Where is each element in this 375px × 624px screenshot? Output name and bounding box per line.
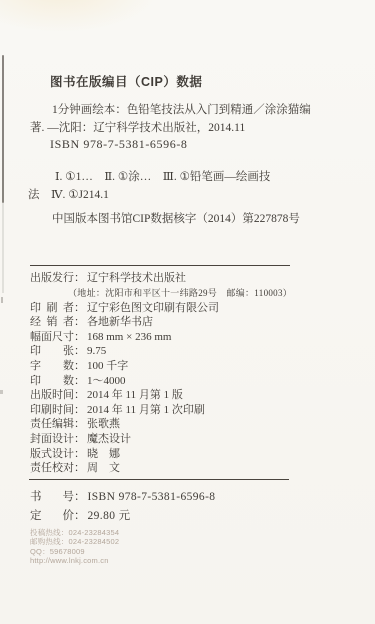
row-value: 168 mm × 236 mm <box>87 331 171 343</box>
colophon-row-cover-design: 封面设计：魔杰设计 <box>30 432 292 447</box>
colophon-row-print-date: 印刷时间：2014 年 11 月第 1 次印刷 <box>30 403 292 418</box>
cip-classification-line-2: 法 Ⅳ. ①J214.1 <box>28 186 109 202</box>
row-label: 责任编辑 <box>30 417 74 432</box>
label-colon: ： <box>74 417 85 432</box>
row-label: 出版发行 <box>30 271 74 286</box>
publisher-contact-block: 投稿热线：024-23284354 邮购热线：024-23284502 QQ：5… <box>30 528 119 565</box>
row-label: 责任校对 <box>30 461 74 476</box>
colophon-row-distributor: 经销者：各地新华书店 <box>30 315 292 330</box>
scanned-copyright-page: 图书在版编目（CIP）数据 1分钟画绘本：色铅笔技法从入门到精通／涂涂猫编 著.… <box>0 0 375 624</box>
label-colon: ： <box>74 461 85 476</box>
scan-edge-artifact-faint <box>2 203 4 293</box>
cip-classification-line-1: Ⅰ. ①1… Ⅱ. ①涂… Ⅲ. ①铅笔画—绘画技 <box>55 168 270 184</box>
cip-registry-number-line: 中国版本图书馆CIP数据核字（2014）第227878号 <box>52 210 300 226</box>
row-label: 封面设计 <box>30 432 74 447</box>
contact-website-url: http://www.lnkj.com.cn <box>30 556 119 565</box>
contact-submission-hotline: 投稿热线：024-23284354 <box>30 528 119 537</box>
label-colon: ： <box>74 507 86 526</box>
label-colon: ： <box>74 330 85 345</box>
row-label: 出版时间 <box>30 388 74 403</box>
row-value: 周 文 <box>87 462 120 474</box>
row-label: 书号 <box>30 488 74 507</box>
label-colon: ： <box>74 315 85 330</box>
row-label: 印数 <box>30 374 74 389</box>
colophon-row-proofreader: 责任校对：周 文 <box>30 461 292 476</box>
colophon-row-trim-size: 幅面尺寸：168 mm × 236 mm <box>30 330 292 345</box>
row-value: 晓 娜 <box>87 448 120 460</box>
label-colon: ： <box>74 301 85 316</box>
label-colon: ： <box>74 447 85 462</box>
row-value: 辽宁彩色图文印刷有限公司 <box>87 302 219 314</box>
row-label: 经销者 <box>30 315 74 330</box>
row-value: 9.75 <box>87 345 106 357</box>
label-colon: ： <box>74 403 85 418</box>
colophon-row-editor: 责任编辑：张歌燕 <box>30 417 292 432</box>
scan-speck <box>1 297 3 303</box>
scan-speck <box>0 390 3 394</box>
row-value: 辽宁科学技术出版社 <box>87 272 186 284</box>
colophon-row-word-count: 字数：100 千字 <box>30 359 292 374</box>
contact-qq: QQ：59678009 <box>30 547 119 556</box>
cip-isbn-line: ISBN 978-7-5381-6596-8 <box>50 137 188 152</box>
colophon-row-sheets: 印张：9.75 <box>30 344 292 359</box>
label-colon: ： <box>74 344 85 359</box>
row-value: 2014 年 11 月第 1 次印刷 <box>87 404 205 416</box>
colophon-row-layout-design: 版式设计：晓 娜 <box>30 447 292 462</box>
label-colon: ： <box>74 374 85 389</box>
publisher-address-note: （地址：沈阳市和平区十一纬路29号 邮编：110003） <box>30 286 292 301</box>
label-colon: ： <box>74 359 85 374</box>
row-value: 1～4000 <box>87 375 126 387</box>
cip-heading: 图书在版编目（CIP）数据 <box>50 72 202 90</box>
label-colon: ： <box>74 432 85 447</box>
row-label: 字数 <box>30 359 74 374</box>
row-label: 版式设计 <box>30 447 74 462</box>
colophon-row-publisher: 出版发行：辽宁科学技术出版社 <box>30 271 292 286</box>
row-label: 幅面尺寸 <box>30 330 74 345</box>
book-number-row: 书号：ISBN 978-7-5381-6596-8 <box>30 488 215 507</box>
price-row: 定价：29.80 元 <box>30 507 215 526</box>
colophon-block: 出版发行：辽宁科学技术出版社 （地址：沈阳市和平区十一纬路29号 邮编：1100… <box>30 271 292 476</box>
divider-rule-bottom <box>29 479 289 480</box>
cip-author-publisher-line: 著. —沈阳：辽宁科学技术出版社，2014.11 <box>30 119 245 135</box>
row-label: 定价 <box>30 507 74 526</box>
label-colon: ： <box>74 488 86 507</box>
row-value: 29.80 元 <box>88 510 131 522</box>
label-colon: ： <box>74 271 85 286</box>
colophon-row-print-run: 印数：1～4000 <box>30 374 292 389</box>
row-value: 2014 年 11 月第 1 版 <box>87 389 183 401</box>
row-value: 魔杰设计 <box>87 433 131 445</box>
divider-rule-top <box>30 265 290 266</box>
scan-edge-artifact <box>2 55 4 203</box>
colophon-row-publish-date: 出版时间：2014 年 11 月第 1 版 <box>30 388 292 403</box>
row-value: 张歌燕 <box>87 418 120 430</box>
cip-title-line: 1分钟画绘本：色铅笔技法从入门到精通／涂涂猫编 <box>52 101 311 117</box>
colophon-row-printer: 印刷者：辽宁彩色图文印刷有限公司 <box>30 301 292 316</box>
row-label: 印刷时间 <box>30 403 74 418</box>
row-value: 各地新华书店 <box>87 316 153 328</box>
row-value: 100 千字 <box>87 360 128 372</box>
label-colon: ： <box>74 388 85 403</box>
row-value: ISBN 978-7-5381-6596-8 <box>88 491 216 503</box>
contact-mailorder-hotline: 邮购热线：024-23284502 <box>30 537 119 546</box>
pricing-block: 书号：ISBN 978-7-5381-6596-8 定价：29.80 元 <box>30 488 215 526</box>
row-label: 印刷者 <box>30 301 74 316</box>
row-label: 印张 <box>30 344 74 359</box>
